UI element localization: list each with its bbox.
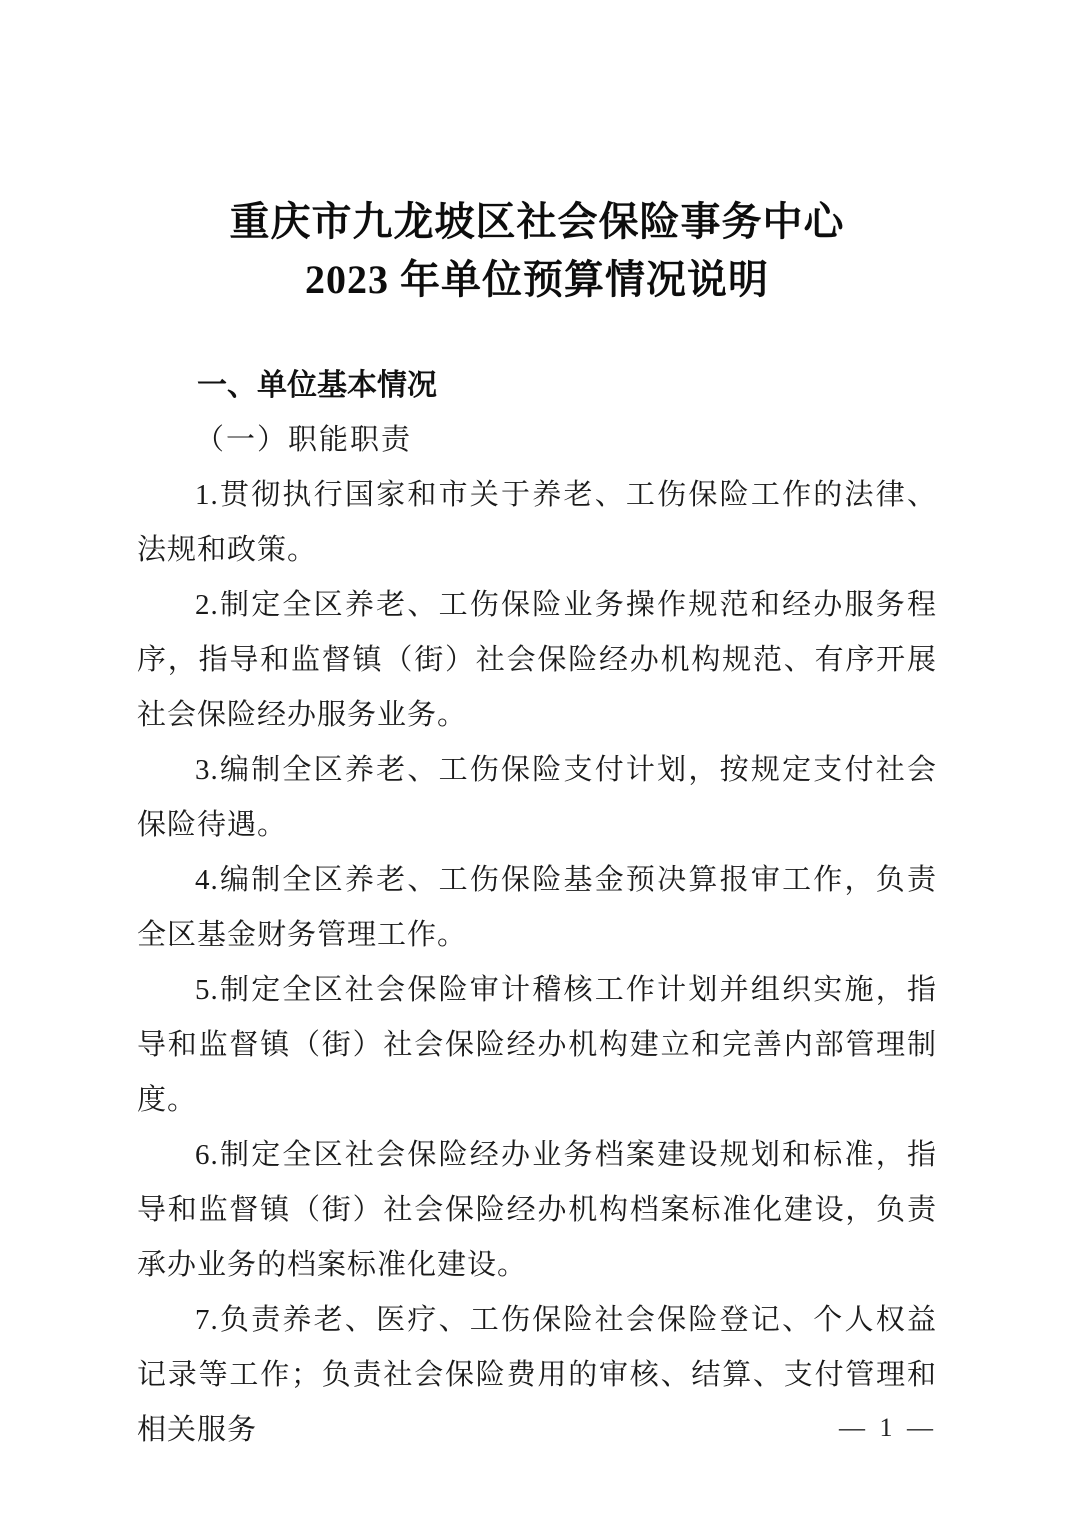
body-paragraph-7: 7.负责养老、医疗、工伤保险社会保险登记、个人权益记录等工作；负责社会保险费用的… [137,1293,937,1458]
sub-heading-duties: （一）职能职责 [137,413,937,468]
document-title-line2: 2023 年单位预算情况说明 [137,251,937,309]
section-heading-unit-basic-info: 一、单位基本情况 [137,358,937,413]
body-paragraph-6: 6.制定全区社会保险经办业务档案建设规划和标准，指导和监督镇（街）社会保险经办机… [137,1128,937,1293]
page-number: — 1 — [839,1412,937,1444]
body-paragraph-3: 3.编制全区养老、工伤保险支付计划，按规定支付社会保险待遇。 [137,743,937,853]
body-paragraph-4: 4.编制全区养老、工伤保险基金预决算报审工作，负责全区基金财务管理工作。 [137,853,937,963]
body-paragraph-5: 5.制定全区社会保险审计稽核工作计划并组织实施，指导和监督镇（街）社会保险经办机… [137,963,937,1128]
body-paragraph-1: 1.贯彻执行国家和市关于养老、工伤保险工作的法律、法规和政策。 [137,468,937,578]
document-page: 重庆市九龙坡区社会保险事务中心 2023 年单位预算情况说明 一、单位基本情况 … [0,0,1074,1520]
body-paragraph-2: 2.制定全区养老、工伤保险业务操作规范和经办服务程序，指导和监督镇（街）社会保险… [137,578,937,743]
document-title: 重庆市九龙坡区社会保险事务中心 2023 年单位预算情况说明 [137,193,937,309]
document-title-line1: 重庆市九龙坡区社会保险事务中心 [137,193,937,251]
